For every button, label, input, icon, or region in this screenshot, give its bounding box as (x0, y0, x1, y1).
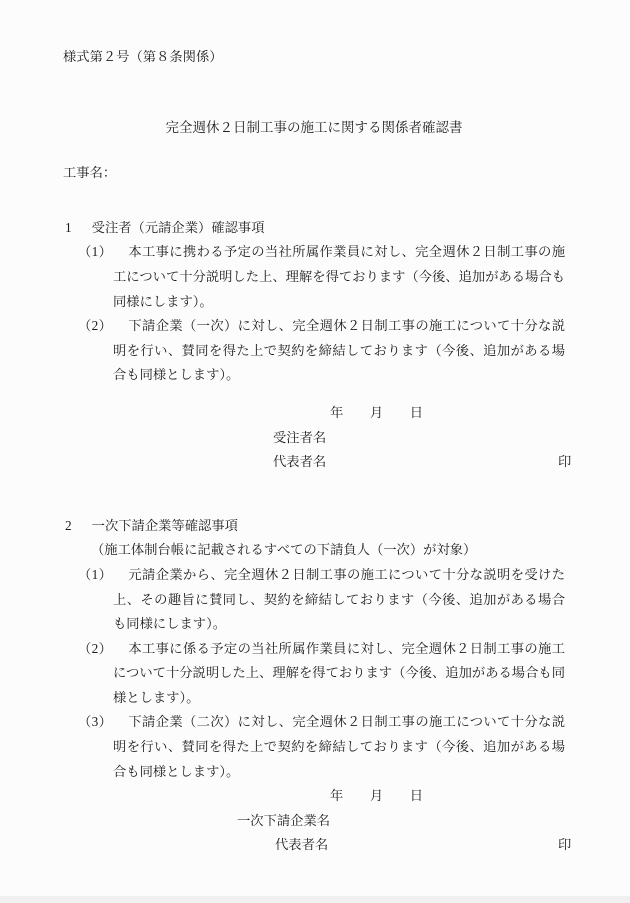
signer-name-row: 一次下請企業名 (63, 809, 565, 834)
section-2-heading: 2一次下請企業等確認事項 (63, 514, 565, 539)
section-2-item-2: （2）本工事に係る予定の当社所属作業員に対し、完全週休２日制工事の施工について十… (63, 637, 565, 711)
item-text: 本工事に携わる予定の当社所属作業員に対し、完全週休２日制工事の施工について十分説… (113, 244, 565, 308)
date-line: 年 月 日 (63, 401, 565, 426)
signer-name-label: 一次下請企業名 (237, 813, 330, 828)
item-label: （1） (78, 567, 112, 582)
document-page: 様式第２号（第８条関係） 完全週休２日制工事の施工に関する関係者確認書 工事名：… (0, 0, 630, 903)
item-text: 下請企業（一次）に対し、完全週休２日制工事の施工について十分な説明を行い、賛同を… (113, 318, 565, 382)
date-line: 年 月 日 (63, 784, 565, 809)
signer-name-row: 受注者名 (63, 426, 565, 451)
section-1-number: 1 (65, 216, 72, 241)
item-text: 下請企業（二次）に対し、完全週休２日制工事の施工について十分な説明を行い、賛同を… (113, 714, 565, 778)
section-2-scope-note: （施工体制台帳に記載されるすべての下請負人（一次）が対象） (63, 538, 565, 563)
section-1-item-2: （2）下請企業（一次）に対し、完全週休２日制工事の施工について十分な説明を行い、… (63, 314, 565, 388)
representative-name-label: 代表者名 (275, 837, 328, 852)
item-label: （2） (78, 641, 112, 656)
section-1-item-1: （1）本工事に携わる予定の当社所属作業員に対し、完全週休２日制工事の施工について… (63, 240, 565, 314)
item-text: 元請企業から、完全週休２日制工事の施工について十分な説明を受けた上、その趣旨に賛… (113, 567, 565, 631)
signer-name-label: 受注者名 (273, 430, 326, 445)
section-2-heading-text: 一次下請企業等確認事項 (92, 518, 238, 533)
item-label: （1） (78, 244, 112, 259)
representative-row: 代表者名 印 (63, 450, 565, 475)
document-title: 完全週休２日制工事の施工に関する関係者確認書 (63, 116, 565, 141)
item-label: （3） (78, 714, 112, 729)
representative-row: 代表者名 印 (63, 833, 565, 858)
item-text: 本工事に係る予定の当社所属作業員に対し、完全週休２日制工事の施工について十分説明… (113, 641, 565, 705)
representative-name-label: 代表者名 (273, 454, 326, 469)
project-name-label: 工事名： (63, 161, 565, 186)
seal-mark: 印 (558, 450, 571, 475)
form-number: 様式第２号（第８条関係） (63, 45, 565, 70)
seal-mark: 印 (558, 833, 571, 858)
page-bottom-edge (0, 896, 630, 903)
section-2-item-1: （1）元請企業から、完全週休２日制工事の施工について十分な説明を受けた上、その趣… (63, 563, 565, 637)
section-2-number: 2 (65, 514, 72, 539)
section-1-heading: 1受注者（元請企業）確認事項 (63, 216, 565, 241)
section-2-item-3: （3）下請企業（二次）に対し、完全週休２日制工事の施工について十分な説明を行い、… (63, 710, 565, 784)
section-1-signature-block: 年 月 日 受注者名 代表者名 印 (63, 401, 565, 475)
item-label: （2） (78, 318, 112, 333)
section-2-signature-block: 年 月 日 一次下請企業名 代表者名 印 (63, 784, 565, 858)
section-1-heading-text: 受注者（元請企業）確認事項 (92, 220, 265, 235)
